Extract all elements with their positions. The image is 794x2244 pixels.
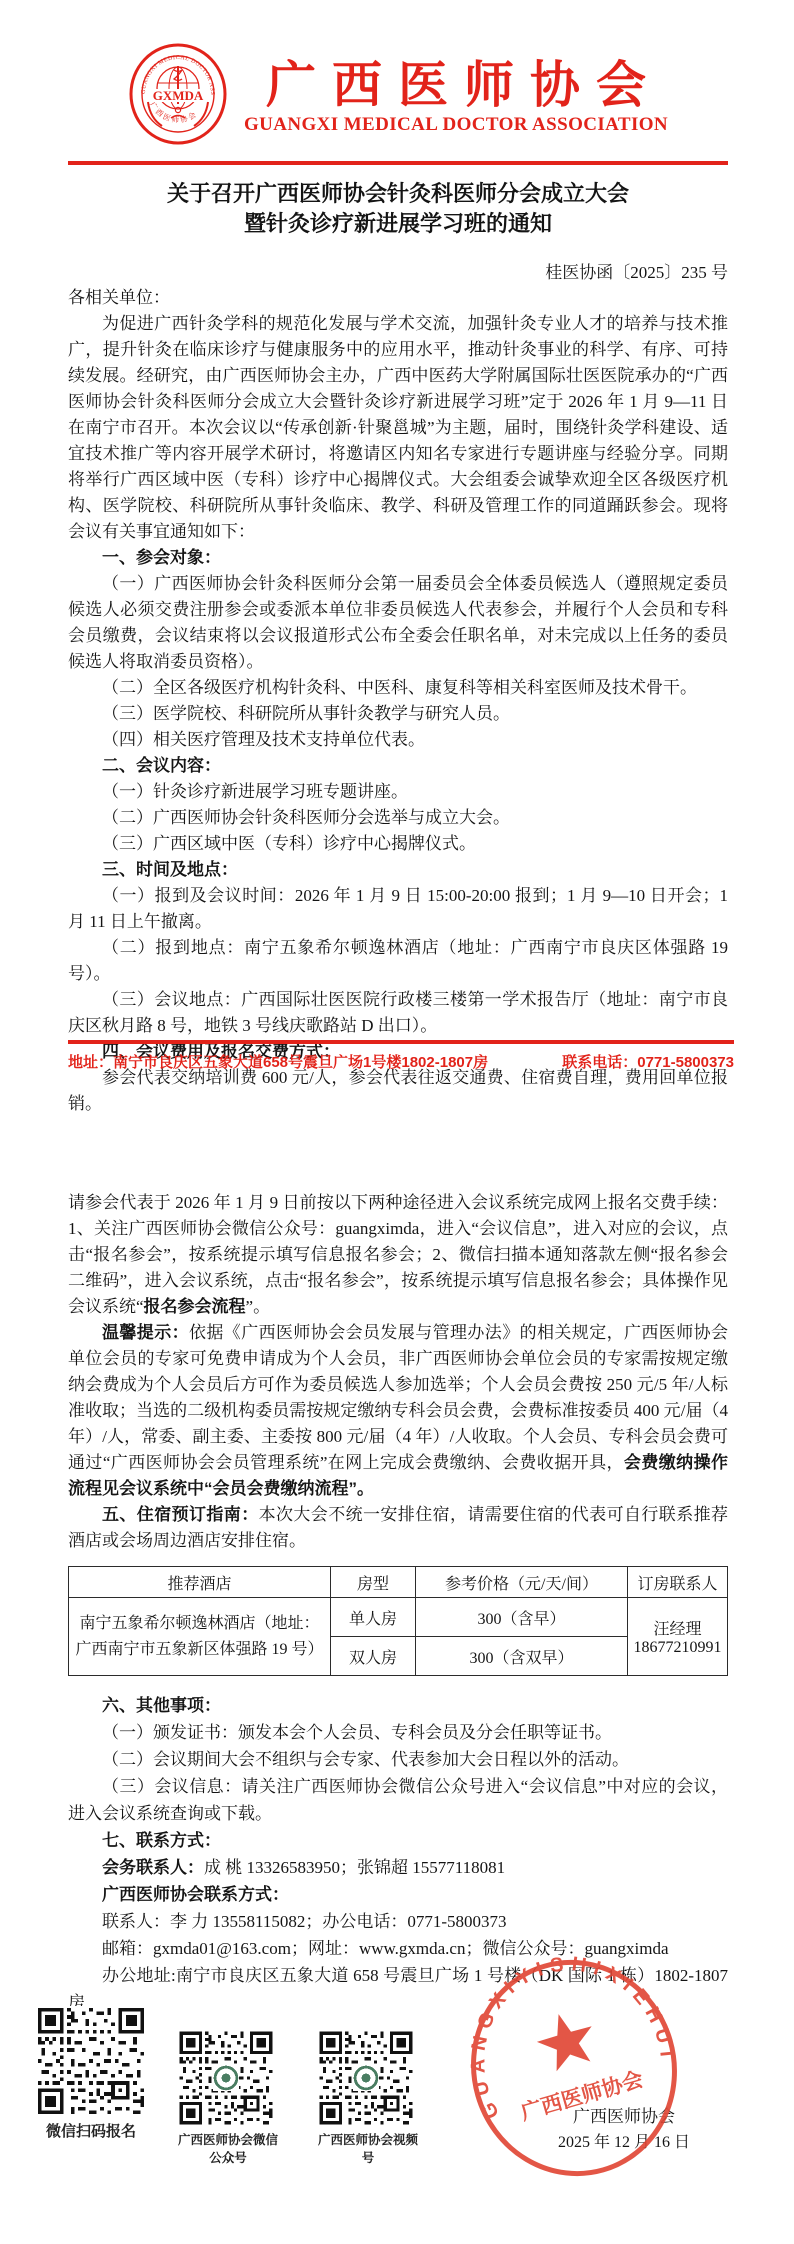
price-cell: 300（含早）	[416, 1598, 628, 1637]
section-3-item: （三）会议地点：广西国际壮医医院行政楼三楼第一学术报告厅（地址：南宁市良庆区秋月…	[68, 987, 728, 1039]
room-type-cell: 双人房	[331, 1637, 416, 1676]
registration-text-end: ”。	[246, 1297, 271, 1316]
document-number: 桂医协函〔2025〕235 号	[68, 261, 728, 285]
price-cell: 300（含双早）	[416, 1637, 628, 1676]
qr-registration-icon	[36, 2006, 146, 2116]
section-5-heading: 五、住宿预订指南：	[102, 1505, 259, 1524]
section-2-heading: 二、会议内容：	[68, 753, 728, 779]
title-line-1: 关于召开广西医师协会针灸科医师分会成立大会	[68, 179, 728, 209]
section-3-heading: 三、时间及地点：	[68, 857, 728, 883]
section-6-heading: 六、其他事项：	[68, 1692, 728, 1719]
conference-contacts: 会务联系人：成 桃 13326583950；张锦超 15577118081	[68, 1854, 728, 1881]
salutation: 各相关单位：	[68, 285, 728, 311]
seal-star-icon	[531, 2006, 601, 2074]
col-price: 参考价格（元/天/间）	[416, 1567, 628, 1598]
qr-wechat-official-label: 广西医师协会微信公众号	[178, 2130, 278, 2166]
org-name-cn: 广西医师协会	[244, 57, 668, 113]
qr-registration-label: 微信扫码报名	[36, 2120, 146, 2141]
room-type-cell: 单人房	[331, 1598, 416, 1637]
intro-paragraph: 为促进广西针灸学科的规范化发展与学术交流，加强针灸专业人才的培养与技术推广，提升…	[68, 311, 728, 545]
notice-document: GUANGXI MEDICAL DOCTOR ASSOCIATION 广西医师协…	[0, 0, 794, 2244]
signature-date: 2025 年 12 月 16 日	[536, 2130, 712, 2156]
hotel-name-cell: 南宁五象希尔顿逸林酒店（地址：广西南宁市五象新区体强路 19 号）	[69, 1598, 331, 1676]
page-1-footer: 地址：南宁市良庆区五象大道658号震旦广场1号楼1802-1807房 联系电话：…	[68, 1040, 734, 1072]
col-contact: 订房联系人	[628, 1567, 728, 1598]
section-6-item: （一）颁发证书：颁发本会个人会员、专科会员及分会任职等证书。	[68, 1719, 728, 1746]
contact-cell: 汪经理 18677210991	[628, 1598, 728, 1676]
table-header-row: 推荐酒店 房型 参考价格（元/天/间） 订房联系人	[69, 1567, 728, 1598]
section-5-paragraph: 五、住宿预订指南：本次大会不统一安排住宿，请需要住宿的代表可自行联系推荐酒店或会…	[68, 1502, 728, 1554]
org-name-en: GUANGXI MEDICAL DOCTOR ASSOCIATION	[244, 113, 668, 137]
section-3-item: （二）报到地点：南宁五象希尔顿逸林酒店（地址：广西南宁市良庆区体强路 19 号）…	[68, 935, 728, 987]
membership-tip-paragraph: 温馨提示：依据《广西医师协会会员发展与管理办法》的相关规定，广西医师协会单位会员…	[68, 1320, 728, 1502]
red-divider	[68, 161, 728, 165]
section-1-item: （二）全区各级医疗机构针灸科、中医科、康复科等相关科室医师及技术骨干。	[68, 675, 728, 701]
footer-address: 地址：南宁市良庆区五象大道658号震旦广场1号楼1802-1807房	[68, 1051, 488, 1072]
col-hotel: 推荐酒店	[69, 1567, 331, 1598]
section-1-item: （三）医学院校、科研院所从事针灸教学与研究人员。	[68, 701, 728, 727]
qr-video-channel: 广西医师协会视频号	[318, 2030, 418, 2166]
qr-video-channel-label: 广西医师协会视频号	[318, 2130, 418, 2166]
page-2: 请参会代表于 2026 年 1 月 9 日前按以下两种途径进入会议系统完成网上报…	[0, 1080, 794, 2244]
contact-line: 联系人：李 力 13558115082；办公电话：0771-5800373	[68, 1908, 728, 1935]
association-contact-heading: 广西医师协会联系方式：	[68, 1881, 728, 1908]
contact-line: 邮箱：gxmda01@163.com；网址：www.gxmda.cn；微信公众号…	[68, 1935, 728, 1962]
qr-video-channel-icon	[318, 2030, 414, 2126]
signature-block: 广西医师协会 2025 年 12 月 16 日	[536, 2104, 712, 2156]
page-1: GUANGXI MEDICAL DOCTOR ASSOCIATION 广西医师协…	[0, 0, 794, 1080]
section-2-item: （二）广西医师协会针灸科医师分会选举与成立大会。	[68, 805, 728, 831]
section-2-item: （三）广西区域中医（专科）诊疗中心揭牌仪式。	[68, 831, 728, 857]
section-2-item: （一）针灸诊疗新进展学习班专题讲座。	[68, 779, 728, 805]
logo-monogram-text: GXMDA	[153, 88, 204, 103]
table-row: 南宁五象希尔顿逸林酒店（地址：广西南宁市五象新区体强路 19 号） 单人房 30…	[69, 1598, 728, 1637]
contact-phone: 18677210991	[632, 1639, 723, 1657]
tip-text: 依据《广西医师协会会员发展与管理办法》的相关规定，广西医师协会单位会员的专家可免…	[68, 1323, 728, 1472]
col-room: 房型	[331, 1567, 416, 1598]
letterhead: GUANGXI MEDICAL DOCTOR ASSOCIATION 广西医师协…	[68, 42, 728, 151]
association-logo-icon: GUANGXI MEDICAL DOCTOR ASSOCIATION 广西医师协…	[128, 42, 228, 151]
qr-wechat-official: 广西医师协会微信公众号	[178, 2030, 278, 2166]
registration-bold: 报名参会流程	[144, 1297, 246, 1316]
footer-divider	[68, 1040, 734, 1044]
contact-name: 汪经理	[632, 1616, 723, 1639]
title-line-2: 暨针灸诊疗新进展学习班的通知	[68, 209, 728, 239]
hotel-table: 推荐酒店 房型 参考价格（元/天/间） 订房联系人 南宁五象希尔顿逸林酒店（地址…	[68, 1566, 728, 1676]
section-6-item: （三）会议信息：请关注广西医师协会微信公众号进入“会议信息”中对应的会议，进入会…	[68, 1773, 728, 1827]
section-1-heading: 一、参会对象：	[68, 545, 728, 571]
qr-wechat-official-icon	[178, 2030, 274, 2126]
section-7-heading: 七、联系方式：	[68, 1827, 728, 1854]
signature-org: 广西医师协会	[536, 2104, 712, 2130]
document-title: 关于召开广西医师协会针灸科医师分会成立大会 暨针灸诊疗新进展学习班的通知	[68, 179, 728, 239]
tip-label: 温馨提示：	[102, 1323, 189, 1342]
section-6-item: （二）会议期间大会不组织与会专家、代表参加大会日程以外的活动。	[68, 1746, 728, 1773]
letterhead-text: 广西医师协会 GUANGXI MEDICAL DOCTOR ASSOCIATIO…	[244, 57, 668, 137]
footer-phone: 联系电话：0771-5800373	[562, 1051, 734, 1072]
closing-block: 微信扫码报名 广西医师协会微信公众号 广西医师协会视频号	[0, 1986, 794, 2244]
registration-paragraph: 请参会代表于 2026 年 1 月 9 日前按以下两种途径进入会议系统完成网上报…	[68, 1190, 728, 1320]
section-3-item: （一）报到及会议时间：2026 年 1 月 9 日 15:00-20:00 报到…	[68, 883, 728, 935]
contact-label: 会务联系人：	[102, 1858, 204, 1877]
qr-registration: 微信扫码报名	[36, 2006, 146, 2141]
section-1-item: （四）相关医疗管理及技术支持单位代表。	[68, 727, 728, 753]
contact-value: 成 桃 13326583950；张锦超 15577118081	[204, 1858, 505, 1877]
section-1-item: （一）广西医师协会针灸科医师分会第一届委员会全体委员候选人（遵照规定委员候选人必…	[68, 571, 728, 675]
